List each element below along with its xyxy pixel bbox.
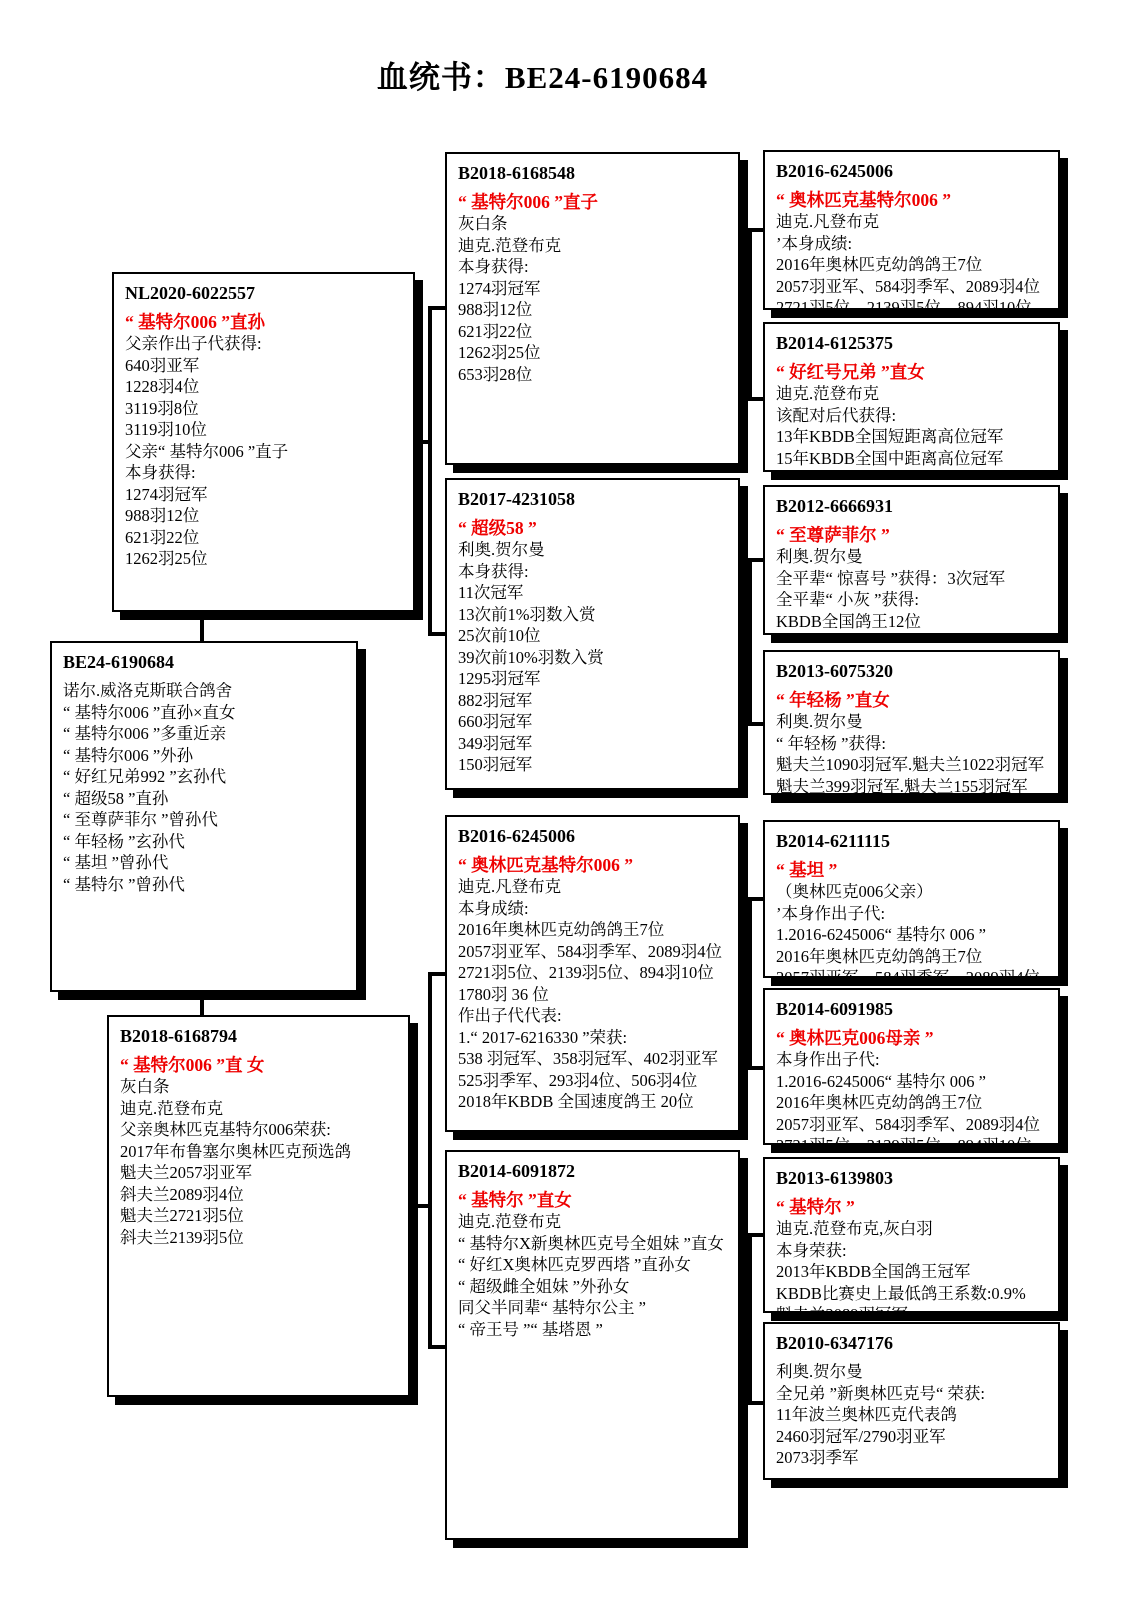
ring-id: B2018-6168548 xyxy=(458,161,734,185)
pedigree-line: 660羽冠军 xyxy=(458,711,734,733)
pedigree-connector-line xyxy=(428,972,445,976)
pedigree-line: 2016年奥林匹克幼鸽鸽王7位 xyxy=(776,1092,1054,1114)
pedigree-line: （奥林匹克006父亲） xyxy=(776,881,1054,903)
pedigree-line: 621羽22位 xyxy=(458,321,734,343)
pedigree-line: “ 基特尔006 ”外孙 xyxy=(63,745,352,767)
pedigree-connector-line xyxy=(428,306,432,636)
pedigree-line: 魁夫兰2057羽亚军 xyxy=(120,1162,404,1184)
ring-id: B2014-6091872 xyxy=(458,1159,734,1183)
pedigree-line: “ 基坦 ”曾孙代 xyxy=(63,852,352,874)
pedigree-connector-line xyxy=(748,558,752,726)
pedigree-line: “ 好红兄弟992 ”玄孙代 xyxy=(63,766,352,788)
pedigree-line: “ 基特尔 ”曾孙代 xyxy=(63,874,352,896)
pedigree-line: 1262羽25位 xyxy=(125,548,409,570)
pedigree-line: “ 年轻杨 ”玄孙代 xyxy=(63,831,352,853)
pedigree-line: 39次前10%羽数入赏 xyxy=(458,647,734,669)
pedigree-line: 349羽冠军 xyxy=(458,733,734,755)
pedigree-connector-line xyxy=(748,897,763,901)
pedigree-line: 魁夫兰399羽冠军.魁夫兰155羽冠军 xyxy=(776,776,1054,796)
ring-id: B2016-6245006 xyxy=(776,159,1054,183)
pedigree-line: “ 帝王号 ”“ 基塔恩 ” xyxy=(458,1319,734,1341)
pedigree-line: KBDB全国鸽王12位 xyxy=(776,611,1054,633)
pedigree-line: 13次前1%羽数入赏 xyxy=(458,604,734,626)
pedigree-line: “ 超级58 ”直孙 xyxy=(63,788,352,810)
pigeon-name: “ 至尊萨菲尔 ” xyxy=(776,524,1054,546)
pedigree-line: 利奥.贺尔曼 xyxy=(776,711,1054,733)
ring-id: B2014-6091985 xyxy=(776,997,1054,1021)
pedigree-line: ’本身成绩: xyxy=(776,233,1054,255)
pedigree-line: 3119羽8位 xyxy=(125,398,409,420)
pedigree-line: 2721羽5位、2139羽5位、894羽10位 xyxy=(458,962,734,984)
pedigree-line: 2721羽5位、2139羽5位、894羽10位 xyxy=(776,297,1054,310)
pedigree-line: “ 基特尔X新奥林匹克号全姐妹 ”直女 xyxy=(458,1233,734,1255)
pedigree-line: 2016年奥林匹克幼鸽鸽王7位 xyxy=(458,919,734,941)
pigeon-name: “ 超级58 ” xyxy=(458,517,734,539)
pedigree-line: 迪克.范登布克,灰白羽 xyxy=(776,1218,1054,1240)
pedigree-line: 2460羽冠军/2790羽亚军 xyxy=(776,1426,1054,1448)
pedigree-box-r7: B2013-6139803“ 基特尔 ”迪克.范登布克,灰白羽本身荣获:2013… xyxy=(763,1157,1060,1313)
pigeon-name: “ 好红号兄弟 ”直女 xyxy=(776,361,1054,383)
pedigree-connector-line xyxy=(748,228,763,232)
pigeon-name: “ 奥林匹克基特尔006 ” xyxy=(458,854,734,876)
pedigree-connector-line xyxy=(748,1401,763,1405)
pedigree-line: “ 至尊萨菲尔 ”曾孙代 xyxy=(63,809,352,831)
pedigree-line: ’本身作出子代: xyxy=(776,903,1054,925)
pedigree-connector-line xyxy=(748,1066,763,1070)
pedigree-line: 2013年KBDB全国鸽王冠军 xyxy=(776,1261,1054,1283)
pedigree-box-r6: B2014-6091985“ 奥林匹克006母亲 ”本身作出子代:1.2016-… xyxy=(763,988,1060,1145)
pedigree-line: 全平辈“ 小灰 ”获得: xyxy=(776,589,1054,611)
pedigree-box-r3: B2012-6666931“ 至尊萨菲尔 ”利奥.贺尔曼全平辈“ 惊喜号 ”获得… xyxy=(763,485,1060,635)
pedigree-box-b2018548: B2018-6168548“ 基特尔006 ”直子灰白条迪克.范登布克本身获得:… xyxy=(445,152,740,465)
pedigree-box-nl2020: NL2020-6022557“ 基特尔006 ”直孙父亲作出子代获得:640羽亚… xyxy=(112,272,415,612)
pedigree-line: 640羽亚军 xyxy=(125,355,409,377)
pigeon-name: “ 基特尔 ”直女 xyxy=(458,1189,734,1211)
pedigree-line: 18年KBDB全国中距离高位冠军 xyxy=(776,469,1054,472)
pedigree-line: 3119羽10位 xyxy=(125,419,409,441)
pedigree-line: 本身作出子代: xyxy=(776,1049,1054,1071)
pedigree-line: 11年波兰奥林匹克代表鸽 xyxy=(776,1404,1054,1426)
pedigree-connector-line xyxy=(748,397,763,401)
pedigree-line: 11次冠军 xyxy=(458,582,734,604)
ring-id: NL2020-6022557 xyxy=(125,281,409,305)
pedigree-line: 利奥.贺尔曼 xyxy=(458,539,734,561)
pedigree-line: 2073羽季军 xyxy=(776,1447,1054,1469)
pedigree-line: 2018年KBDB 全国速度鸽王 20位 xyxy=(458,1091,734,1113)
pedigree-line: 1780羽 36 位 xyxy=(458,984,734,1006)
pedigree-line: 同父半同辈“ 基特尔公主 ” xyxy=(458,1297,734,1319)
pedigree-line: 2017年布鲁塞尔奥林匹克预选鸽 xyxy=(120,1141,404,1163)
page-title: 血统书：BE24-6190684 xyxy=(0,52,1085,97)
pedigree-line: 538 羽冠军、358羽冠军、402羽亚军 xyxy=(458,1048,734,1070)
pedigree-line: 灰白条 xyxy=(458,213,734,235)
pedigree-box-b2014872: B2014-6091872“ 基特尔 ”直女迪克.范登布克“ 基特尔X新奥林匹克… xyxy=(445,1150,740,1540)
ring-id: B2018-6168794 xyxy=(120,1024,404,1048)
pedigree-line: 2057羽亚军、584羽季军、2089羽4位 xyxy=(776,967,1054,978)
pedigree-line: 利奥.贺尔曼 xyxy=(776,1361,1054,1383)
pedigree-line: 2057羽亚军、584羽季军、2089羽4位 xyxy=(776,276,1054,298)
pedigree-line: 1262羽25位 xyxy=(458,342,734,364)
pedigree-line: 1.“ 2017-6216330 ”荣获: xyxy=(458,1027,734,1049)
pedigree-line: 13年KBDB全国短距离高位冠军 xyxy=(776,426,1054,448)
pedigree-box-r8: B2010-6347176利奥.贺尔曼全兄弟 ”新奥林匹克号“ 荣获:11年波兰… xyxy=(763,1322,1060,1480)
pedigree-connector-line xyxy=(748,897,752,1070)
pedigree-line: 621羽22位 xyxy=(125,527,409,549)
pedigree-line: “ 超级雌全姐妹 ”外孙女 xyxy=(458,1276,734,1298)
pedigree-line: 全平辈“ 惊喜号 ”获得：3次冠军 xyxy=(776,568,1054,590)
pedigree-line: 988羽12位 xyxy=(458,299,734,321)
pigeon-name: “ 基特尔 ” xyxy=(776,1196,1054,1218)
pedigree-line: 1228羽4位 xyxy=(125,376,409,398)
ring-id: B2014-6211115 xyxy=(776,829,1054,853)
pedigree-line: 斜夫兰2089羽4位 xyxy=(120,1184,404,1206)
pedigree-line: 25次前10位 xyxy=(458,625,734,647)
pedigree-box-b2018794: B2018-6168794“ 基特尔006 ”直 女灰白条迪克.范登布克父亲奥林… xyxy=(107,1015,410,1397)
pedigree-line: 灰白条 xyxy=(120,1076,404,1098)
pedigree-line: 父亲奥林匹克基特尔006荣获: xyxy=(120,1119,404,1141)
pedigree-line: 魁夫兰1090羽冠军.魁夫兰1022羽冠军 xyxy=(776,754,1054,776)
pedigree-line: 1.2016-6245006“ 基特尔 006 ” xyxy=(776,924,1054,946)
pedigree-box-r4: B2013-6075320“ 年轻杨 ”直女利奥.贺尔曼“ 年轻杨 ”获得:魁夫… xyxy=(763,650,1060,795)
pedigree-box-b2016mid: B2016-6245006“ 奥林匹克基特尔006 ”迪克.凡登布克本身成绩:2… xyxy=(445,815,740,1132)
ring-id: B2014-6125375 xyxy=(776,331,1054,355)
pedigree-line: 1274羽冠军 xyxy=(125,484,409,506)
pedigree-line: “ 基特尔006 ”多重近亲 xyxy=(63,723,352,745)
pedigree-line: 父亲“ 基特尔006 ”直子 xyxy=(125,441,409,463)
pedigree-line: KBDB比赛史上最低鸽王系数:0.9% xyxy=(776,1283,1054,1305)
pedigree-line: 利奥.贺尔曼 xyxy=(776,546,1054,568)
pedigree-line: 迪克.范登布克 xyxy=(458,1211,734,1233)
pedigree-line: 本身荣获: xyxy=(776,1240,1054,1262)
pedigree-line: 该配对后代获得: xyxy=(776,405,1054,427)
pedigree-box-be24: BE24-6190684诺尔.威洛克斯联合鸽舍“ 基特尔006 ”直孙×直女“ … xyxy=(50,641,358,992)
pedigree-line: 父亲作出子代获得: xyxy=(125,333,409,355)
pedigree-connector-line xyxy=(748,1233,752,1405)
pedigree-connector-line xyxy=(428,1345,445,1349)
pedigree-line: 全兄弟 ”新奥林匹克号“ 荣获: xyxy=(776,1383,1054,1405)
pedigree-line: 本身获得: xyxy=(458,256,734,278)
pedigree-line: 迪克.凡登布克 xyxy=(776,211,1054,233)
pedigree-connector-line xyxy=(200,990,204,1017)
pigeon-name: “ 基特尔006 ”直孙 xyxy=(125,311,409,333)
pigeon-name: “ 基坦 ” xyxy=(776,859,1054,881)
ring-id: B2013-6139803 xyxy=(776,1166,1054,1190)
pedigree-line: “ 年轻杨 ”获得: xyxy=(776,733,1054,755)
pedigree-line: 迪克.范登布克 xyxy=(776,383,1054,405)
pedigree-connector-line xyxy=(200,610,204,643)
pigeon-name: “ 年轻杨 ”直女 xyxy=(776,689,1054,711)
pedigree-box-r2: B2014-6125375“ 好红号兄弟 ”直女迪克.范登布克该配对后代获得:1… xyxy=(763,322,1060,472)
pigeon-name: “ 基特尔006 ”直子 xyxy=(458,191,734,213)
pedigree-line: 本身获得: xyxy=(458,561,734,583)
pedigree-line: 1295羽冠军 xyxy=(458,668,734,690)
pedigree-line: 2016年奥林匹克幼鸽鸽王7位 xyxy=(776,254,1054,276)
ring-id: B2012-6666931 xyxy=(776,494,1054,518)
pedigree-line: 1.2016-6245006“ 基特尔 006 ” xyxy=(776,1071,1054,1093)
pedigree-line: 2721羽5位、2139羽5位、894羽10位 xyxy=(776,1135,1054,1145)
pedigree-line: “ 基特尔006 ”直孙×直女 xyxy=(63,702,352,724)
pedigree-connector-line xyxy=(748,558,763,562)
pedigree-line: 2057羽亚军、584羽季军、2089羽4位 xyxy=(776,1114,1054,1136)
pedigree-line: 魁夫兰2721羽5位 xyxy=(120,1205,404,1227)
pedigree-line: 1274羽冠军 xyxy=(458,278,734,300)
pedigree-connector-line xyxy=(748,228,752,401)
pedigree-line: 15年KBDB全国中距离高位冠军 xyxy=(776,448,1054,470)
pigeon-name: “ 奥林匹克006母亲 ” xyxy=(776,1027,1054,1049)
ring-id: B2017-4231058 xyxy=(458,487,734,511)
pedigree-line: 150羽冠军 xyxy=(458,754,734,776)
pedigree-line: 斜夫兰2139羽5位 xyxy=(120,1227,404,1249)
pedigree-line: 525羽季军、293羽4位、506羽4位 xyxy=(458,1070,734,1092)
pedigree-connector-line xyxy=(428,306,445,310)
pedigree-line: 882羽冠军 xyxy=(458,690,734,712)
pedigree-line: 653羽28位 xyxy=(458,364,734,386)
pedigree-line: 诺尔.威洛克斯联合鸽舍 xyxy=(63,680,352,702)
ring-id: B2010-6347176 xyxy=(776,1331,1054,1355)
pedigree-connector-line xyxy=(748,722,763,726)
pedigree-line: 迪克.范登布克 xyxy=(120,1098,404,1120)
pedigree-line: 本身成绩: xyxy=(458,898,734,920)
pedigree-connector-line xyxy=(748,1233,763,1237)
pedigree-line: 作出子代代表: xyxy=(458,1005,734,1027)
pigeon-name: “ 基特尔006 ”直 女 xyxy=(120,1054,404,1076)
pedigree-line: “ 好红X奥林匹克罗西塔 ”直孙女 xyxy=(458,1254,734,1276)
ring-id: BE24-6190684 xyxy=(63,650,352,674)
pedigree-connector-line xyxy=(428,632,445,636)
ring-id: B2016-6245006 xyxy=(458,824,734,848)
pedigree-line: 本身获得: xyxy=(125,462,409,484)
pedigree-box-r1: B2016-6245006“ 奥林匹克基特尔006 ”迪克.凡登布克’本身成绩:… xyxy=(763,150,1060,310)
pigeon-name: “ 奥林匹克基特尔006 ” xyxy=(776,189,1054,211)
ring-id: B2013-6075320 xyxy=(776,659,1054,683)
pedigree-line: 魁夫兰2089羽冠军 xyxy=(776,1304,1054,1313)
pedigree-line: 迪克.范登布克 xyxy=(458,235,734,257)
pedigree-box-b2017: B2017-4231058“ 超级58 ”利奥.贺尔曼本身获得:11次冠军13次… xyxy=(445,478,740,790)
pedigree-line: 迪克.凡登布克 xyxy=(458,876,734,898)
pedigree-box-r5: B2014-6211115“ 基坦 ”（奥林匹克006父亲）’本身作出子代:1.… xyxy=(763,820,1060,978)
pedigree-line: 988羽12位 xyxy=(125,505,409,527)
pedigree-line: 2016年奥林匹克幼鸽鸽王7位 xyxy=(776,946,1054,968)
pedigree-line: 2057羽亚军、584羽季军、2089羽4位 xyxy=(458,941,734,963)
pedigree-line: 全平辈“ 萨菲尔076 ” xyxy=(776,632,1054,635)
pedigree-connector-line xyxy=(428,972,432,1349)
